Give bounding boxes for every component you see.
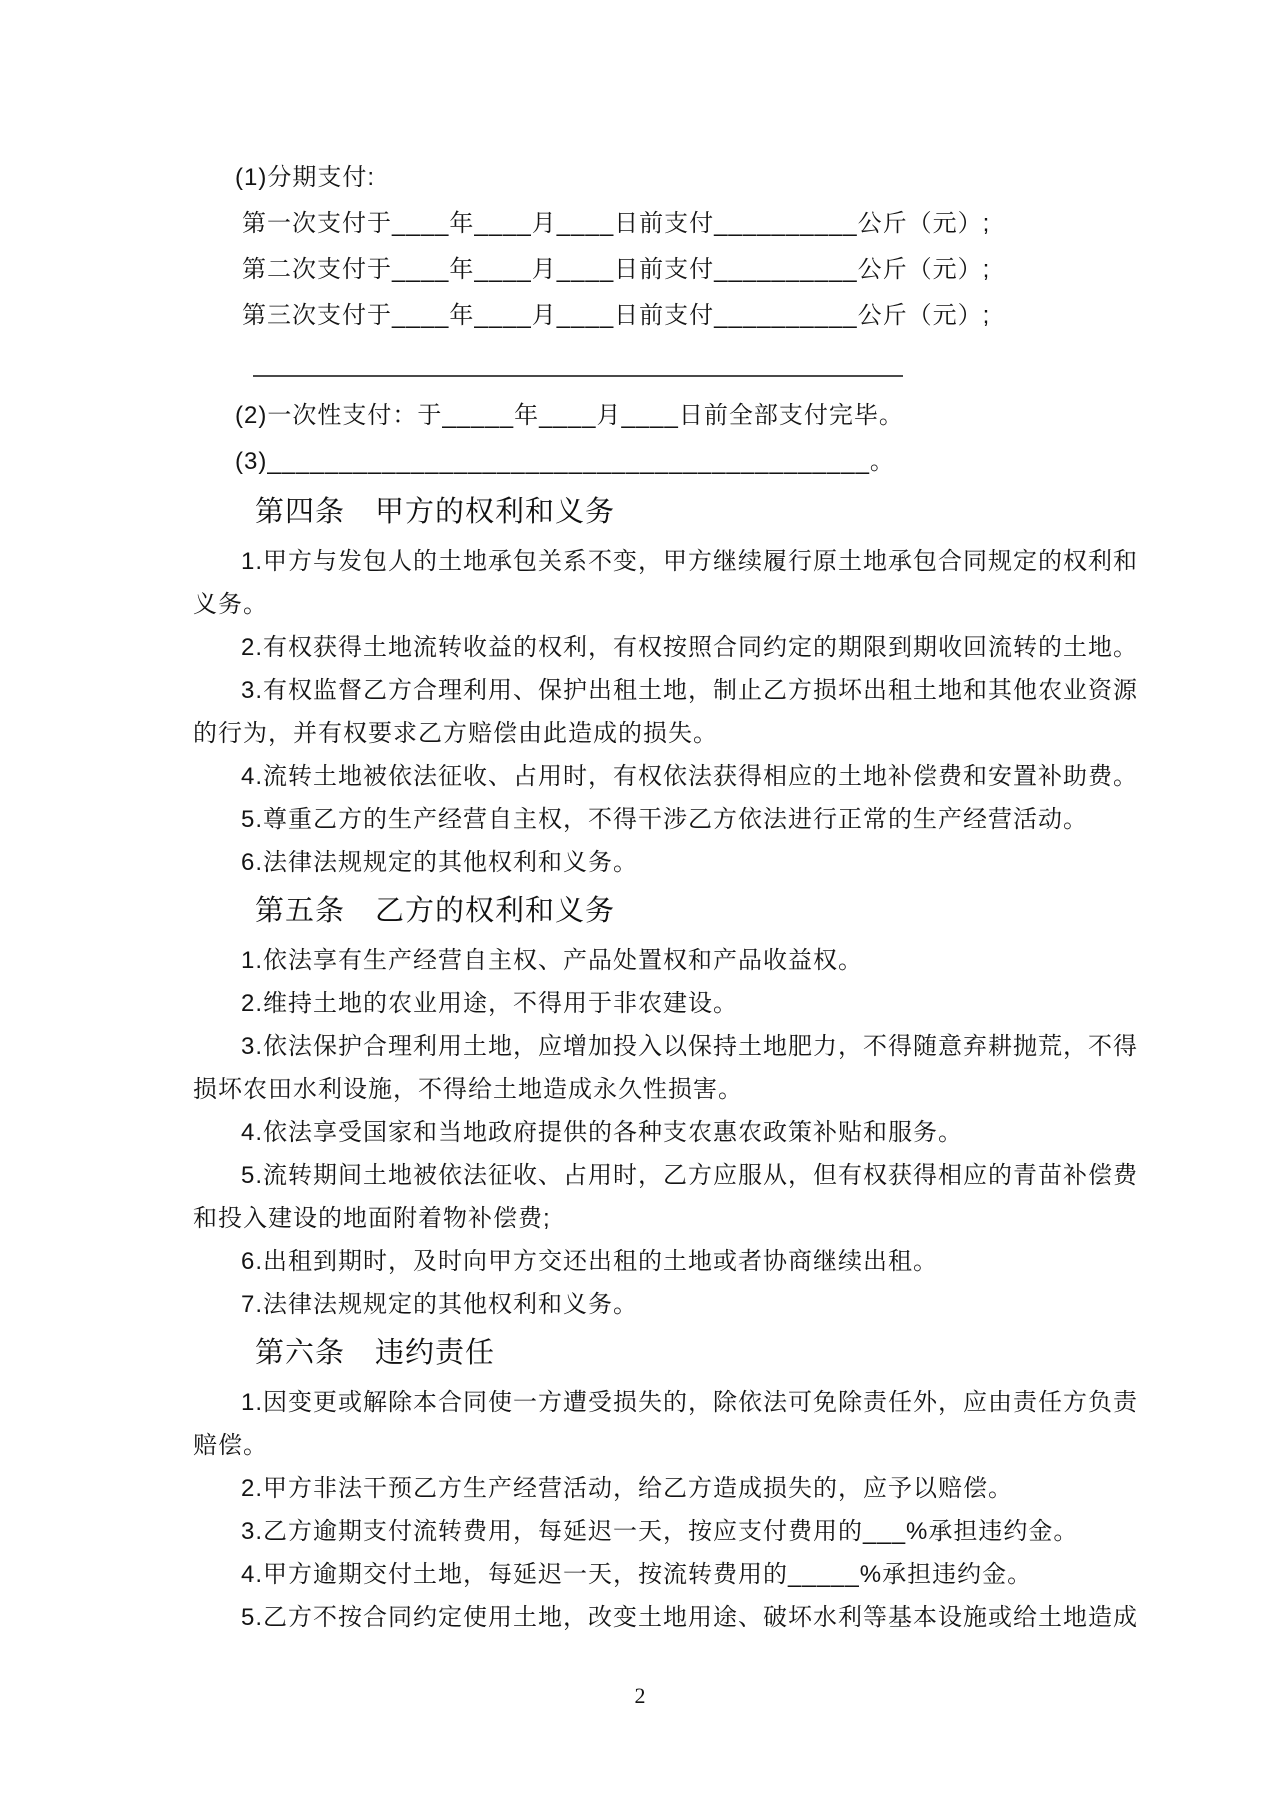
document-line: 和投入建设的地面附着物补偿费; [193, 1197, 1090, 1240]
document-line: (2)一次性支付：于_____年____月____日前全部支付完毕。 [193, 393, 1090, 439]
document-line: 的行为，并有权要求乙方赔偿由此造成的损失。 [193, 712, 1090, 755]
document-line: 5.尊重乙方的生产经营自主权，不得干涉乙方依法进行正常的生产经营活动。 [193, 798, 1090, 841]
document-line: 7.法律法规规定的其他权利和义务。 [193, 1283, 1090, 1326]
document-line: 4.流转土地被依法征收、占用时，有权依法获得相应的土地补偿费和安置补助费。 [193, 755, 1090, 798]
document-line: 5.乙方不按合同约定使用土地，改变土地用途、破坏水利等基本设施或给土地造成 [193, 1596, 1090, 1639]
section-heading: 第五条 乙方的权利和义务 [193, 884, 1090, 939]
document-line: 第三次支付于____年____月____日前支付__________公斤（元）; [193, 293, 1090, 339]
document-line: 赔偿。 [193, 1424, 1090, 1467]
document-line: 5.流转期间土地被依法征收、占用时，乙方应服从，但有权获得相应的青苗补偿费 [193, 1154, 1090, 1197]
document-line: 6.法律法规规定的其他权利和义务。 [193, 841, 1090, 884]
document-line: 2.维持土地的农业用途，不得用于非农建设。 [193, 982, 1090, 1025]
document-line: (1)分期支付: [193, 155, 1090, 201]
document-line: 2.有权获得土地流转收益的权利，有权按照合同约定的期限到期收回流转的土地。 [193, 626, 1090, 669]
document-line: 第一次支付于____年____月____日前支付__________公斤（元）; [193, 201, 1090, 247]
page-number: 2 [0, 1683, 1280, 1709]
section-heading: 第四条 甲方的权利和义务 [193, 485, 1090, 540]
section-heading: 第六条 违约责任 [193, 1326, 1090, 1381]
document-line: 3.有权监督乙方合理利用、保护出租土地，制止乙方损坏出租土地和其他农业资源 [193, 669, 1090, 712]
document-line: 1.因变更或解除本合同使一方遭受损失的，除依法可免除责任外，应由责任方负责 [193, 1381, 1090, 1424]
document-line: 2.甲方非法干预乙方生产经营活动，给乙方造成损失的，应予以赔偿。 [193, 1467, 1090, 1510]
document-line: 1.依法享有生产经营自主权、产品处置权和产品收益权。 [193, 939, 1090, 982]
document-body: (1)分期支付:第一次支付于____年____月____日前支付________… [193, 155, 1090, 1639]
document-line: 义务。 [193, 583, 1090, 626]
document-line: 6.出租到期时，及时向甲方交还出租的土地或者协商继续出租。 [193, 1240, 1090, 1283]
document-line: 4.甲方逾期交付土地，每延迟一天，按流转费用的_____%承担违约金。 [193, 1553, 1090, 1596]
document-line: 3.依法保护合理利用土地，应增加投入以保持土地肥力，不得随意弃耕抛荒，不得 [193, 1025, 1090, 1068]
divider-line [253, 375, 903, 377]
document-line: 4.依法享受国家和当地政府提供的各种支农惠农政策补贴和服务。 [193, 1111, 1090, 1154]
document-line: 损坏农田水利设施，不得给土地造成永久性损害。 [193, 1068, 1090, 1111]
document-line: 1.甲方与发包人的土地承包关系不变，甲方继续履行原土地承包合同规定的权利和 [193, 540, 1090, 583]
contract-page: (1)分期支付:第一次支付于____年____月____日前支付________… [0, 0, 1280, 1810]
document-line: 3.乙方逾期支付流转费用，每延迟一天，按应支付费用的___%承担违约金。 [193, 1510, 1090, 1553]
document-line: (3)_____________________________________… [193, 439, 1090, 485]
document-line: 第二次支付于____年____月____日前支付__________公斤（元）; [193, 247, 1090, 293]
